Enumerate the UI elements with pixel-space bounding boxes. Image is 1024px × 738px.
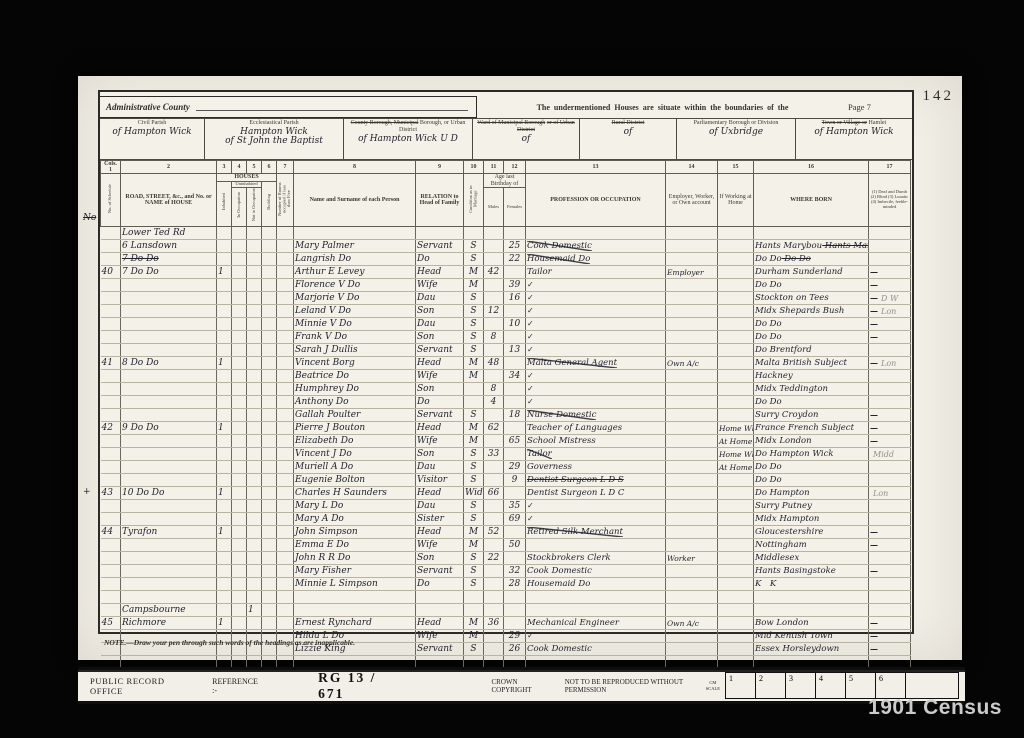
infirmity-notes: —Lon: [869, 357, 911, 370]
parish-box: Ward of Municipal Borough or of Urban Di…: [473, 119, 580, 159]
col-schedule: No. of Schedule: [101, 174, 121, 227]
margin-mark: +: [83, 487, 91, 497]
infirmity-notes: —: [869, 409, 911, 422]
inhabited: [217, 227, 232, 240]
uninhabited-not-occupied: [247, 318, 262, 331]
occupation: Cook Domestic: [526, 565, 666, 578]
address: [121, 292, 217, 305]
uninhabited-in-occupation: [232, 500, 247, 513]
condition: M: [464, 370, 484, 383]
occupation: [526, 604, 666, 617]
schedule: [101, 435, 121, 448]
relation: Head: [416, 422, 464, 435]
relation: [416, 604, 464, 617]
working-at-home: [718, 487, 754, 500]
age-female: 34: [504, 370, 526, 383]
parish-value: of Hampton Wick U D: [344, 135, 472, 144]
age-male: [484, 461, 504, 474]
schedule: [101, 565, 121, 578]
folio-stamp: 142: [923, 88, 955, 105]
condition: M: [464, 422, 484, 435]
birthplace: Do Do: [754, 474, 869, 487]
birthplace: Do Do: [754, 331, 869, 344]
age-female: [504, 526, 526, 539]
birthplace: Hants Marybou Hants Marylow: [754, 240, 869, 253]
rooms: [277, 435, 294, 448]
age-female: [504, 604, 526, 617]
uninhabited-not-occupied: [247, 370, 262, 383]
birthplace: Do Brentford: [754, 344, 869, 357]
inhabited: [217, 448, 232, 461]
address: [121, 396, 217, 409]
condition: M: [464, 266, 484, 279]
person-name: Ernest Rynchard: [294, 617, 416, 630]
census-row: Mary L DoDauS35✓Surry Putney: [101, 500, 911, 513]
parish-value: of Uxbridge: [677, 128, 795, 137]
infirmity-notes: [869, 591, 911, 604]
condition: S: [464, 253, 484, 266]
building: [262, 513, 277, 526]
working-at-home: [718, 500, 754, 513]
age-female: 28: [504, 578, 526, 591]
age-female: [504, 422, 526, 435]
age-female: [504, 396, 526, 409]
age-male: [484, 240, 504, 253]
age-female: [504, 227, 526, 240]
inhabited: [217, 383, 232, 396]
age-male: 36: [484, 617, 504, 630]
occupation: Tailor: [526, 448, 666, 461]
pro-copyright: CROWN COPYRIGHT: [491, 678, 550, 694]
birthplace: Mid Kentish Town: [754, 630, 869, 643]
inhabited: [217, 591, 232, 604]
schedule: [101, 461, 121, 474]
rooms: [277, 422, 294, 435]
rooms: [277, 487, 294, 500]
schedule: [101, 513, 121, 526]
employer-status: [666, 253, 718, 266]
infirmity-notes: [869, 370, 911, 383]
schedule: [101, 409, 121, 422]
employer-status: [666, 435, 718, 448]
blank-rule: [196, 100, 468, 111]
employer-status: [666, 643, 718, 656]
occupation: [526, 539, 666, 552]
occupation: Retired Silk Merchant: [526, 526, 666, 539]
uninhabited-in-occupation: [232, 357, 247, 370]
condition: S: [464, 331, 484, 344]
age-female: [504, 357, 526, 370]
uninhabited-in-occupation: [232, 305, 247, 318]
condition: M: [464, 539, 484, 552]
employer-status: Own A/c: [666, 617, 718, 630]
relation: Dau: [416, 461, 464, 474]
building: [262, 279, 277, 292]
address: [121, 461, 217, 474]
uninhabited-in-occupation: [232, 565, 247, 578]
infirmity-notes: [869, 552, 911, 565]
footnote: NOTE.—Draw your pen through such words o…: [104, 638, 355, 647]
birthplace: Midx Hampton: [754, 513, 869, 526]
occupation: [526, 227, 666, 240]
inhabited: [217, 435, 232, 448]
working-at-home: [718, 331, 754, 344]
inhabited: [217, 344, 232, 357]
age-male: 66: [484, 487, 504, 500]
census-row: 4310 Do Do1Charles H SaundersHeadWid66De…: [101, 487, 911, 500]
age-male: [484, 435, 504, 448]
schedule: [101, 344, 121, 357]
census-page: 142 Administrative County The undermenti…: [78, 76, 962, 660]
address: [121, 539, 217, 552]
birthplace: Durham Sunderland: [754, 266, 869, 279]
age-male: [484, 578, 504, 591]
uninhabited-not-occupied: [247, 448, 262, 461]
person-name: Minnie L Simpson: [294, 578, 416, 591]
working-at-home: Home Wk: [718, 448, 754, 461]
birthplace: Hants Basingstoke: [754, 565, 869, 578]
working-at-home: [718, 318, 754, 331]
birthplace: Midx Teddington: [754, 383, 869, 396]
birthplace: [754, 227, 869, 240]
birthplace: Stockton on Tees: [754, 292, 869, 305]
tick-mark: ✓: [527, 345, 534, 354]
uninhabited-not-occupied: [247, 383, 262, 396]
form-header-row: Administrative County The undermentioned…: [100, 92, 912, 119]
inhabited: 1: [217, 266, 232, 279]
uninhabited-not-occupied: [247, 552, 262, 565]
building: [262, 227, 277, 240]
schedule: [101, 396, 121, 409]
parish-value: Hampton Wick of St John the Baptist: [205, 128, 343, 147]
birthplace: Midx Shepards Bush: [754, 305, 869, 318]
schedule: 42: [101, 422, 121, 435]
age-male: 42: [484, 266, 504, 279]
building: [262, 292, 277, 305]
condition: M: [464, 279, 484, 292]
rooms: [277, 513, 294, 526]
person-name: Pierre J Bouton: [294, 422, 416, 435]
uninhabited-in-occupation: [232, 617, 247, 630]
scale-cell: 2: [756, 673, 786, 698]
uninhabited-not-occupied: [247, 578, 262, 591]
inhabited: [217, 474, 232, 487]
working-at-home: [718, 617, 754, 630]
employer-status: Worker: [666, 552, 718, 565]
relation: Do: [416, 578, 464, 591]
age-female: 25: [504, 240, 526, 253]
occupation: Cook Domestic: [526, 240, 666, 253]
occupation: Governess: [526, 461, 666, 474]
relation: Wife: [416, 539, 464, 552]
schedule: [101, 318, 121, 331]
pencil-annotation: Lon: [873, 489, 888, 498]
uninhabited-not-occupied: [247, 331, 262, 344]
birthplace: Nottingham: [754, 539, 869, 552]
uninhabited-in-occupation: [232, 604, 247, 617]
census-table: Cols. 1234567891011121314151617 No. of S…: [100, 160, 911, 692]
uninhabited-in-occupation: [232, 539, 247, 552]
uninhabited-not-occupied: [247, 357, 262, 370]
age-male: [484, 604, 504, 617]
age-male: 22: [484, 552, 504, 565]
person-name: Langrish Do: [294, 253, 416, 266]
rooms: [277, 565, 294, 578]
condition: S: [464, 552, 484, 565]
col-employer: Employer, Worker, or Own account: [666, 174, 718, 227]
employer-status: [666, 526, 718, 539]
condition: S: [464, 565, 484, 578]
address: 7 Do Do: [121, 253, 217, 266]
col-rooms: Number of Rooms occupied if less than Fi…: [277, 174, 294, 227]
building: [262, 318, 277, 331]
birthplace: Middlesex: [754, 552, 869, 565]
uninhabited-not-occupied: [247, 266, 262, 279]
tick-mark: ✓: [527, 384, 534, 393]
occupation: School Mistress: [526, 435, 666, 448]
infirmity-notes: [869, 513, 911, 526]
occupation: Housemaid Do: [526, 578, 666, 591]
occupation: ✓: [526, 383, 666, 396]
building: [262, 500, 277, 513]
uninhabited-not-occupied: [247, 591, 262, 604]
infirmity-notes: —: [869, 318, 911, 331]
relation: [416, 591, 464, 604]
parish-box: Ecclesiastical Parish Hampton Wick of St…: [205, 119, 344, 159]
working-at-home: Home Wk: [718, 422, 754, 435]
employer-status: [666, 396, 718, 409]
census-row: Eugenie BoltonVisitorS9Dentist Surgeon L…: [101, 474, 911, 487]
rooms: [277, 227, 294, 240]
infirmity-notes: [869, 500, 911, 513]
age-female: [504, 448, 526, 461]
rooms: [277, 591, 294, 604]
person-name: John Simpson: [294, 526, 416, 539]
infirmity-notes: —: [869, 539, 911, 552]
occupation: Stockbrokers Clerk: [526, 552, 666, 565]
address: [121, 383, 217, 396]
working-at-home: At Home: [718, 461, 754, 474]
uninhabited-in-occupation: [232, 344, 247, 357]
employer-status: [666, 565, 718, 578]
uninhabited-not-occupied: [247, 474, 262, 487]
occupation: Dentist Surgeon L D C: [526, 487, 666, 500]
building: [262, 448, 277, 461]
tick-mark: ✓: [527, 332, 534, 341]
age-male: [484, 227, 504, 240]
schedule: [101, 578, 121, 591]
building: [262, 578, 277, 591]
schedule: 43: [101, 487, 121, 500]
col-road: ROAD, STREET, &c., and No. or NAME of HO…: [121, 174, 217, 227]
infirmity-notes: —: [869, 617, 911, 630]
working-at-home: [718, 305, 754, 318]
census-row: Sarah J DullisServantS13✓Do Brentford: [101, 344, 911, 357]
schedule: [101, 539, 121, 552]
employer-status: [666, 461, 718, 474]
employer-status: [666, 578, 718, 591]
employer-status: [666, 539, 718, 552]
occupation: ✓: [526, 396, 666, 409]
uninhabited-not-occupied: [247, 539, 262, 552]
relation: Wife: [416, 435, 464, 448]
employer-status: [666, 370, 718, 383]
employer-status: [666, 422, 718, 435]
parish-value: of: [473, 135, 579, 144]
rooms: [277, 617, 294, 630]
age-female: [504, 383, 526, 396]
census-row: Emma E DoWifeM50Nottingham—: [101, 539, 911, 552]
address: [121, 578, 217, 591]
employer-status: [666, 487, 718, 500]
person-name: Marjorie V Do: [294, 292, 416, 305]
occupation: Nurse Domestic: [526, 409, 666, 422]
uninhabited-not-occupied: [247, 435, 262, 448]
uninhabited-in-occupation: [232, 526, 247, 539]
working-at-home: [718, 292, 754, 305]
condition: [464, 227, 484, 240]
administrative-county-box: Administrative County: [100, 96, 477, 118]
relation: Son: [416, 383, 464, 396]
birthplace: K K: [754, 578, 869, 591]
employer-status: [666, 279, 718, 292]
relation: Son: [416, 448, 464, 461]
building: [262, 331, 277, 344]
rooms: [277, 305, 294, 318]
occupation: ✓: [526, 318, 666, 331]
inhabited: [217, 461, 232, 474]
col-inhabited: Inhabited: [217, 181, 232, 227]
pencil-annotation: D W: [881, 294, 898, 303]
census-row: Minnie V DoDauS10✓Do Do—: [101, 318, 911, 331]
inhabited: [217, 279, 232, 292]
uninhabited-in-occupation: [232, 253, 247, 266]
age-male: [484, 643, 504, 656]
age-male: 8: [484, 383, 504, 396]
address: [121, 552, 217, 565]
pro-notice: NOT TO BE REPRODUCED WITHOUT PERMISSION: [565, 678, 706, 694]
col-males: Males: [484, 188, 504, 227]
birthplace: Do Do: [754, 279, 869, 292]
occupation: ✓: [526, 370, 666, 383]
pro-reference-value: RG 13 / 671: [318, 670, 396, 702]
working-at-home: [718, 253, 754, 266]
address: [121, 409, 217, 422]
condition: S: [464, 305, 484, 318]
birthplace: Do Do: [754, 461, 869, 474]
uninhabited-not-occupied: [247, 565, 262, 578]
birthplace: Surry Putney: [754, 500, 869, 513]
building: [262, 266, 277, 279]
working-at-home: [718, 539, 754, 552]
condition: M: [464, 526, 484, 539]
infirmity-notes: [869, 253, 911, 266]
uninhabited-in-occupation: [232, 292, 247, 305]
uninhabited-not-occupied: [247, 396, 262, 409]
building: [262, 474, 277, 487]
schedule: [101, 240, 121, 253]
scan-background: 142 Administrative County The undermenti…: [0, 0, 1024, 738]
relation: Servant: [416, 565, 464, 578]
infirmity-notes: —: [869, 435, 911, 448]
census-row: Marjorie V DoDauS16✓Stockton on Tees—D W: [101, 292, 911, 305]
col-not-in-occupation: Not in Occupation: [247, 188, 262, 227]
col-houses: HOUSES: [217, 174, 277, 182]
scale-cell: 6: [876, 673, 906, 698]
working-at-home: [718, 643, 754, 656]
schedule: 44: [101, 526, 121, 539]
infirmity-notes: [869, 240, 911, 253]
age-female: 9: [504, 474, 526, 487]
age-male: [484, 370, 504, 383]
address: 9 Do Do: [121, 422, 217, 435]
infirmity-notes: [869, 383, 911, 396]
employer-status: [666, 344, 718, 357]
working-at-home: [718, 396, 754, 409]
inhabited: 1: [217, 357, 232, 370]
relation: Son: [416, 305, 464, 318]
infirmity-notes: —: [869, 422, 911, 435]
age-male: 4: [484, 396, 504, 409]
age-male: [484, 474, 504, 487]
census-row: 429 Do Do1Pierre J BoutonHeadM62Teacher …: [101, 422, 911, 435]
census-row: Beatrice DoWifeM34✓Hackney: [101, 370, 911, 383]
uninhabited-in-occupation: [232, 487, 247, 500]
uninhabited-in-occupation: [232, 318, 247, 331]
occupation: Malta General Agent: [526, 357, 666, 370]
rooms: [277, 461, 294, 474]
inhabited: [217, 500, 232, 513]
employer-status: [666, 604, 718, 617]
address: [121, 565, 217, 578]
condition: S: [464, 461, 484, 474]
person-name: Leland V Do: [294, 305, 416, 318]
census-row: 418 Do Do1Vincent BorgHeadM48Malta Gener…: [101, 357, 911, 370]
column-header-row: No. of Schedule ROAD, STREET, &c., and N…: [101, 174, 911, 182]
uninhabited-not-occupied: [247, 253, 262, 266]
address: 7 Do Do: [121, 266, 217, 279]
working-at-home: [718, 383, 754, 396]
birthplace: France French Subject: [754, 422, 869, 435]
rooms: [277, 370, 294, 383]
age-female: 69: [504, 513, 526, 526]
age-male: 33: [484, 448, 504, 461]
building: [262, 461, 277, 474]
inhabited: [217, 396, 232, 409]
scale-cell: 1: [726, 673, 756, 698]
working-at-home: [718, 279, 754, 292]
schedule: [101, 448, 121, 461]
condition: M: [464, 357, 484, 370]
age-male: [484, 513, 504, 526]
census-row: Anthony DoDo4✓Do Do: [101, 396, 911, 409]
uninhabited-not-occupied: [247, 305, 262, 318]
situate-statement: The undermentioned Houses are situate wi…: [477, 103, 848, 118]
infirmity-notes: —: [869, 279, 911, 292]
inhabited: [217, 331, 232, 344]
margin-mark: No: [83, 213, 96, 223]
uninhabited-not-occupied: [247, 500, 262, 513]
relation: Dau: [416, 318, 464, 331]
tick-mark: ✓: [527, 319, 534, 328]
relation: Son: [416, 552, 464, 565]
rooms: [277, 318, 294, 331]
age-female: [504, 331, 526, 344]
uninhabited-in-occupation: [232, 461, 247, 474]
pencil-annotation: Midd: [873, 450, 894, 459]
census-row: Humphrey DoSon8✓Midx Teddington: [101, 383, 911, 396]
census-row: Muriell A DoDauS29GovernessAt HomeDo Do: [101, 461, 911, 474]
